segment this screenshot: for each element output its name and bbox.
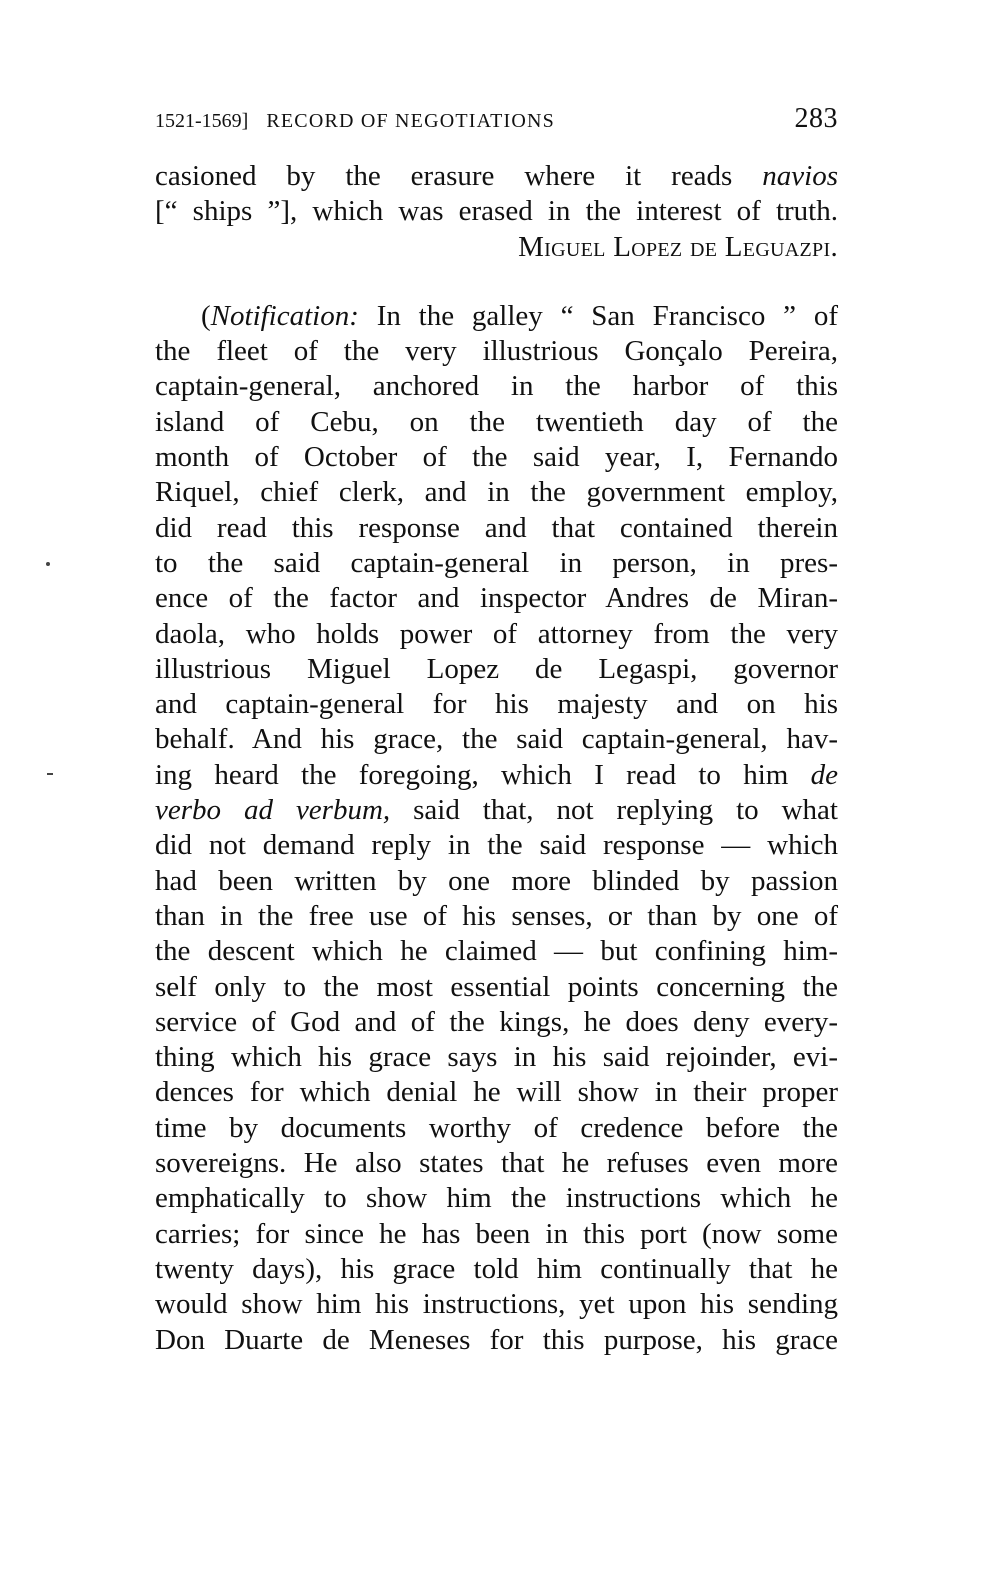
line-text: emphatically to show him the instruction…	[155, 1182, 838, 1214]
italic-text: Notification:	[211, 300, 359, 332]
signature: Miguel Lopez de Leguazpi.	[155, 230, 838, 265]
text-line: (Notification: In the galley “ San Franc…	[155, 299, 838, 334]
text-line: island of Cebu, on the twentieth day of …	[155, 405, 838, 440]
text-line: [“ ships ”], which was erased in the int…	[155, 194, 838, 229]
line-text: had been written by one more blinded by …	[155, 865, 838, 897]
text-line: verbo ad verbum, said that, not replying…	[155, 793, 838, 828]
text-line: captain-general, anchored in the harbor …	[155, 369, 838, 404]
line-text: Riquel, chief clerk, and in the governme…	[155, 476, 838, 508]
line-text: did not demand reply in the said respons…	[155, 829, 838, 861]
text-line: dences for which denial he will show in …	[155, 1075, 838, 1110]
year-range: 1521-1569]	[155, 110, 248, 133]
text-line: did not demand reply in the said respons…	[155, 828, 838, 863]
text-line: and captain-general for his majesty and …	[155, 687, 838, 722]
line-text: carries; for since he has been in this p…	[155, 1218, 838, 1250]
text-line: did read this response and that containe…	[155, 511, 838, 546]
text-line: Riquel, chief clerk, and in the governme…	[155, 475, 838, 510]
text-line: service of God and of the kings, he does…	[155, 1005, 838, 1040]
line-text: captain-general, anchored in the harbor …	[155, 370, 838, 402]
text-line: Don Duarte de Meneses for this purpose, …	[155, 1323, 838, 1358]
text-line: month of October of the said year, I, Fe…	[155, 440, 838, 475]
text-line: to the said captain-general in person, i…	[155, 546, 838, 581]
line-text: daola, who holds power of attorney from …	[155, 618, 838, 650]
page-number: 283	[795, 103, 839, 135]
line-text: casioned by the erasure where it reads	[155, 160, 762, 192]
text-line: had been written by one more blinded by …	[155, 864, 838, 899]
body-text: casioned by the erasure where it reads n…	[155, 159, 838, 1358]
italic-text: verbo ad verbum,	[155, 794, 390, 826]
line-text: did read this response and that containe…	[155, 512, 838, 544]
text-line: sovereigns. He also states that he refus…	[155, 1146, 838, 1181]
text-line: than in the free use of his senses, or t…	[155, 899, 838, 934]
paragraph-gap	[155, 265, 838, 299]
line-text: self only to the most essential points c…	[155, 971, 838, 1003]
line-text: to the said captain-general in person, i…	[155, 547, 838, 579]
text-line: emphatically to show him the instruction…	[155, 1181, 838, 1216]
paragraph-notification: (Notification: In the galley “ San Franc…	[155, 299, 838, 1358]
line-text: the descent which he claimed — but confi…	[155, 935, 838, 967]
text-line: time by documents worthy of credence bef…	[155, 1111, 838, 1146]
line-text: ence of the factor and inspector Andres …	[155, 582, 838, 614]
line-text: In the galley “ San Francisco ” of	[359, 300, 838, 332]
text-line: the descent which he claimed — but confi…	[155, 934, 838, 969]
line-text: said that, not replying to what	[390, 794, 838, 826]
scan-mark-dot	[46, 562, 50, 566]
running-head: 1521-1569] RECORD OF NEGOTIATIONS 283	[155, 103, 838, 139]
line-text: service of God and of the kings, he does…	[155, 1006, 838, 1038]
line-text: island of Cebu, on the twentieth day of …	[155, 406, 838, 438]
text-line: carries; for since he has been in this p…	[155, 1217, 838, 1252]
line-text: thing which his grace says in his said r…	[155, 1041, 838, 1073]
line-text: behalf. And his grace, the said captain-…	[155, 723, 838, 755]
text-line: ing heard the foregoing, which I read to…	[155, 758, 838, 793]
line-text: the fleet of the very illustrious Gonçal…	[155, 335, 838, 367]
line-text: month of October of the said year, I, Fe…	[155, 441, 838, 473]
line-text: dences for which denial he will show in …	[155, 1076, 838, 1108]
chapter-title: RECORD OF NEGOTIATIONS	[266, 110, 794, 133]
text-line: the fleet of the very illustrious Gonçal…	[155, 334, 838, 369]
text-line: twenty days), his grace told him continu…	[155, 1252, 838, 1287]
line-text: and captain-general for his majesty and …	[155, 688, 838, 720]
book-page: 1521-1569] RECORD OF NEGOTIATIONS 283 ca…	[155, 103, 838, 1358]
text-line: ence of the factor and inspector Andres …	[155, 581, 838, 616]
line-text: time by documents worthy of credence bef…	[155, 1112, 838, 1144]
line-text: (	[201, 300, 211, 332]
text-line: self only to the most essential points c…	[155, 970, 838, 1005]
line-text: twenty days), his grace told him continu…	[155, 1253, 838, 1285]
line-text: than in the free use of his senses, or t…	[155, 900, 838, 932]
line-text: Don Duarte de Meneses for this purpose, …	[155, 1324, 838, 1356]
scan-mark-dash	[47, 773, 53, 775]
text-line: illustrious Miguel Lopez de Legaspi, gov…	[155, 652, 838, 687]
line-text: [“ ships ”], which was erased in the int…	[155, 195, 838, 227]
line-text: illustrious Miguel Lopez de Legaspi, gov…	[155, 653, 838, 685]
text-line: behalf. And his grace, the said captain-…	[155, 722, 838, 757]
text-line: thing which his grace says in his said r…	[155, 1040, 838, 1075]
italic-text: navios	[762, 160, 838, 192]
line-text: ing heard the foregoing, which I read to…	[155, 759, 811, 791]
line-text: sovereigns. He also states that he refus…	[155, 1147, 838, 1179]
text-line: casioned by the erasure where it reads n…	[155, 159, 838, 194]
paragraph-continuation: casioned by the erasure where it reads n…	[155, 159, 838, 230]
text-line: would show him his instructions, yet upo…	[155, 1287, 838, 1322]
line-text: would show him his instructions, yet upo…	[155, 1288, 838, 1320]
italic-text: de	[811, 759, 838, 791]
text-line: daola, who holds power of attorney from …	[155, 617, 838, 652]
